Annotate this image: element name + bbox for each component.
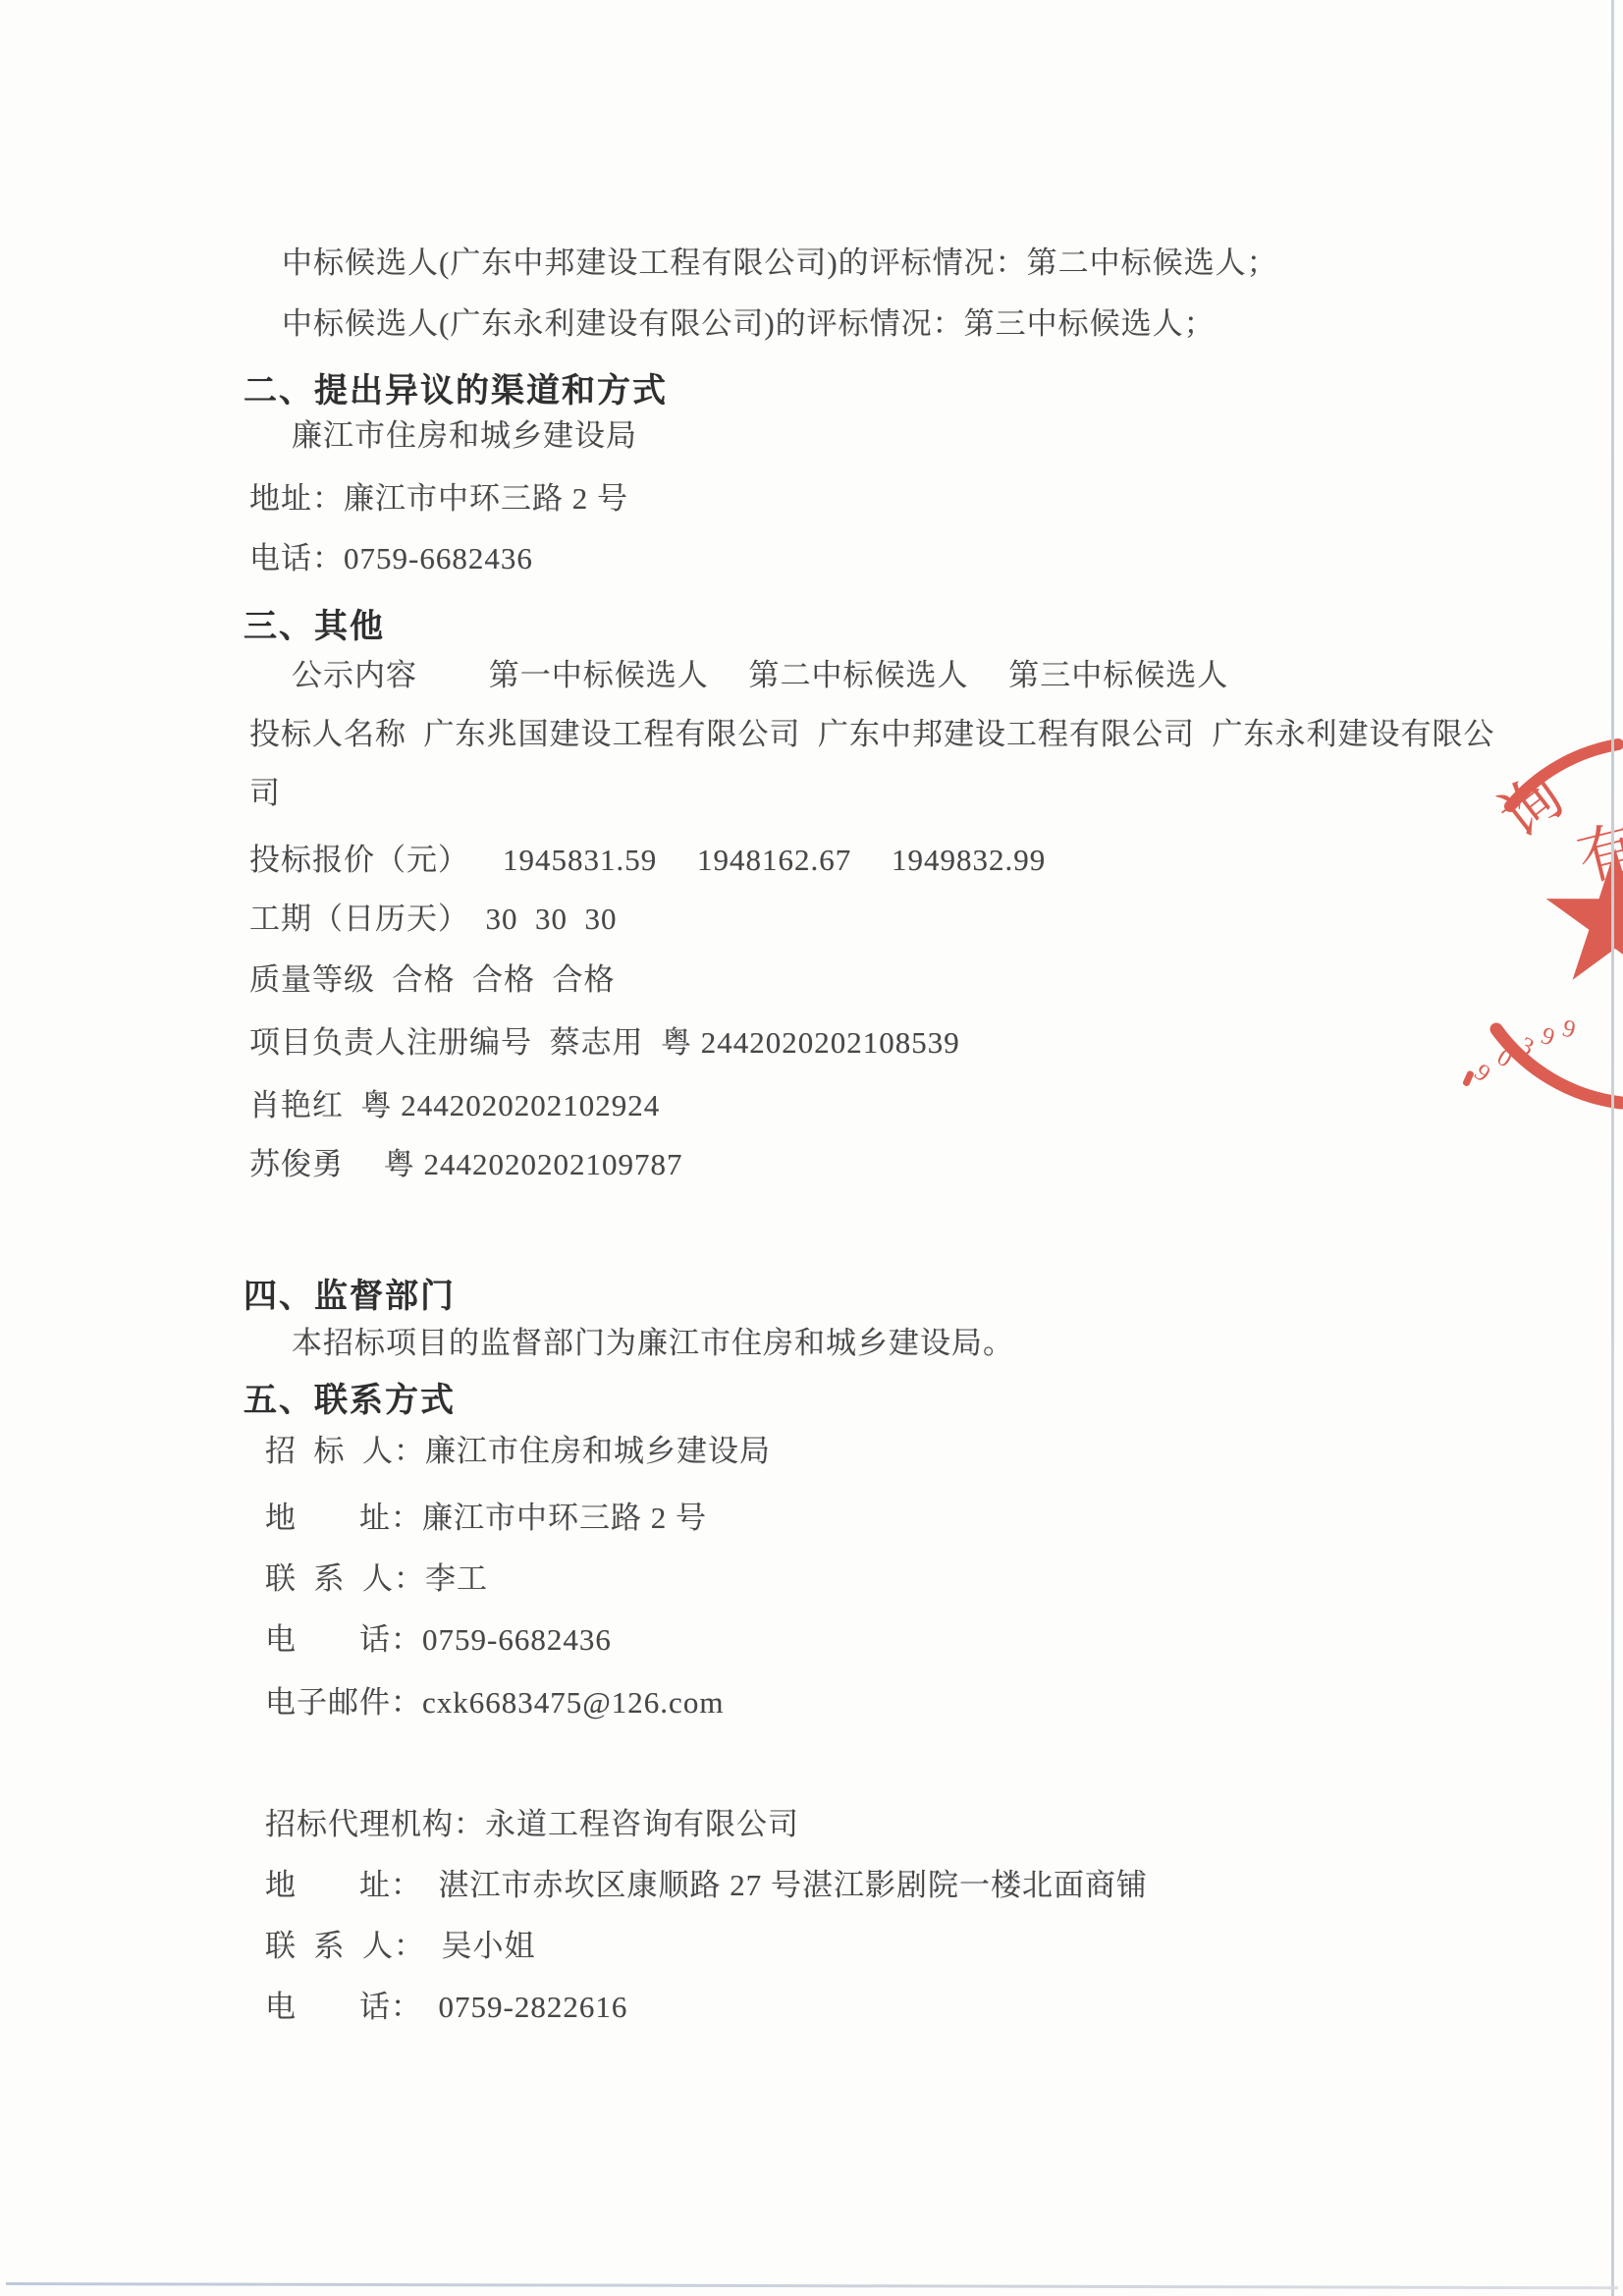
seal-arc-bottom [1496,1029,1621,1103]
para-candidate-3-evaluation: 中标候选人(广东永利建设有限公司)的评标情况：第三中标候选人； [282,306,1216,342]
seal-ink-speck [1462,1069,1475,1086]
line-agency: 招标代理机构：永道工程咨询有限公司 [265,1807,799,1842]
para-candidate-2-evaluation: 中标候选人(广东中邦建设工程有限公司)的评标情况：第二中标候选人； [282,246,1278,281]
seal-char-2: 有 [1571,815,1623,895]
line-tenderer-phone: 电 话：0759-6682436 [265,1622,612,1658]
heading-section-4: 四、监督部门 [243,1269,456,1317]
line-bid-prices: 投标报价（元） 1945831.59 1948162.67 1949832.99 [249,843,1046,878]
line-duration: 工期（日历天） 30 30 30 [249,902,618,937]
line-agency-phone: 电 话： 0759-2822616 [265,1990,627,2025]
heading-section-3: 三、其他 [243,599,385,647]
red-seal: 询 有 9 0 3 9 9 [0,0,1623,2296]
seal-serial-digit: 9 [1560,1015,1579,1044]
line-objection-phone: 电话：0759-6682436 [249,541,533,576]
seal-serial-digit: 3 [1515,1032,1538,1062]
seal-serial-digit: 0 [1492,1044,1517,1073]
line-project-manager-reg-1: 项目负责人注册编号 蔡志用 粤 2442020202108539 [249,1025,960,1061]
heading-section-2: 二、提出异议的渠道和方式 [243,363,668,411]
line-bidder-names: 投标人名称 广东兆国建设工程有限公司 广东中邦建设工程有限公司 广东永利建设有限… [249,717,1495,752]
scanned-document-page: 中标候选人(广东中邦建设工程有限公司)的评标情况：第二中标候选人； 中标候选人(… [0,0,1623,2296]
heading-section-5: 五、联系方式 [243,1373,456,1421]
line-objection-address: 地址：廉江市中环三路 2 号 [249,481,628,517]
scan-edge-right [1611,0,1614,2296]
line-publicity-content: 公示内容 第一中标候选人 第二中标候选人 第三中标候选人 [292,658,1228,693]
line-project-manager-reg-2: 肖艳红 粤 2442020202102924 [249,1088,660,1123]
line-project-manager-reg-3: 苏俊勇 粤 2442020202109787 [249,1147,683,1182]
line-agency-address: 地 址： 湛江市赤坎区康顺路 27 号湛江影剧院一楼北面商铺 [265,1868,1148,1903]
line-tenderer-address: 地 址：廉江市中环三路 2 号 [265,1501,707,1536]
line-supervision-body: 本招标项目的监督部门为廉江市住房和城乡建设局。 [292,1326,1014,1361]
line-tenderer: 招 标 人：廉江市住房和城乡建设局 [265,1434,771,1469]
line-agency-contact: 联 系 人： 吴小姐 [265,1929,536,1964]
seal-char-1: 询 [1488,762,1577,852]
seal-serial-digit: 9 [1538,1022,1558,1052]
line-tenderer-email: 电子邮件：cxk6683475@126.com [265,1685,724,1721]
line-bidder-names-wrap: 司 [249,776,281,811]
line-quality-grade: 质量等级 合格 合格 合格 [249,962,616,998]
seal-serial-digit: 9 [1469,1059,1494,1087]
line-tenderer-contact: 联 系 人：李工 [265,1561,488,1597]
scan-edge-bottom [6,2282,1618,2289]
seal-arc-top [1510,744,1618,806]
line-objection-org: 廉江市住房和城乡建设局 [292,418,637,454]
